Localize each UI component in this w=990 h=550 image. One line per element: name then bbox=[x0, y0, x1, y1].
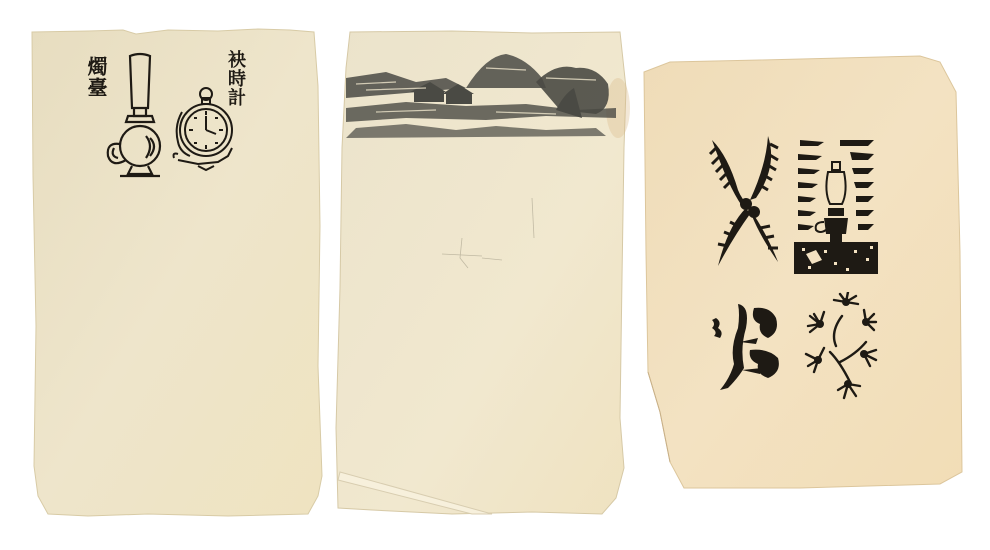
caption-candlestick: 燭臺 bbox=[86, 56, 106, 98]
lamp-on-table-print bbox=[794, 138, 878, 274]
palm-fronds-print bbox=[708, 136, 782, 272]
paper-sheet-left: 燭臺 袂時計 bbox=[28, 26, 324, 522]
pine-branch-print bbox=[710, 298, 790, 394]
oil-lamp-print bbox=[104, 52, 176, 178]
landscape-print bbox=[346, 48, 622, 140]
pocket-watch-print bbox=[168, 82, 238, 176]
paper-sheet-middle bbox=[332, 28, 632, 520]
paper-sheet-right bbox=[640, 52, 966, 492]
pine-needles-print bbox=[800, 292, 880, 404]
